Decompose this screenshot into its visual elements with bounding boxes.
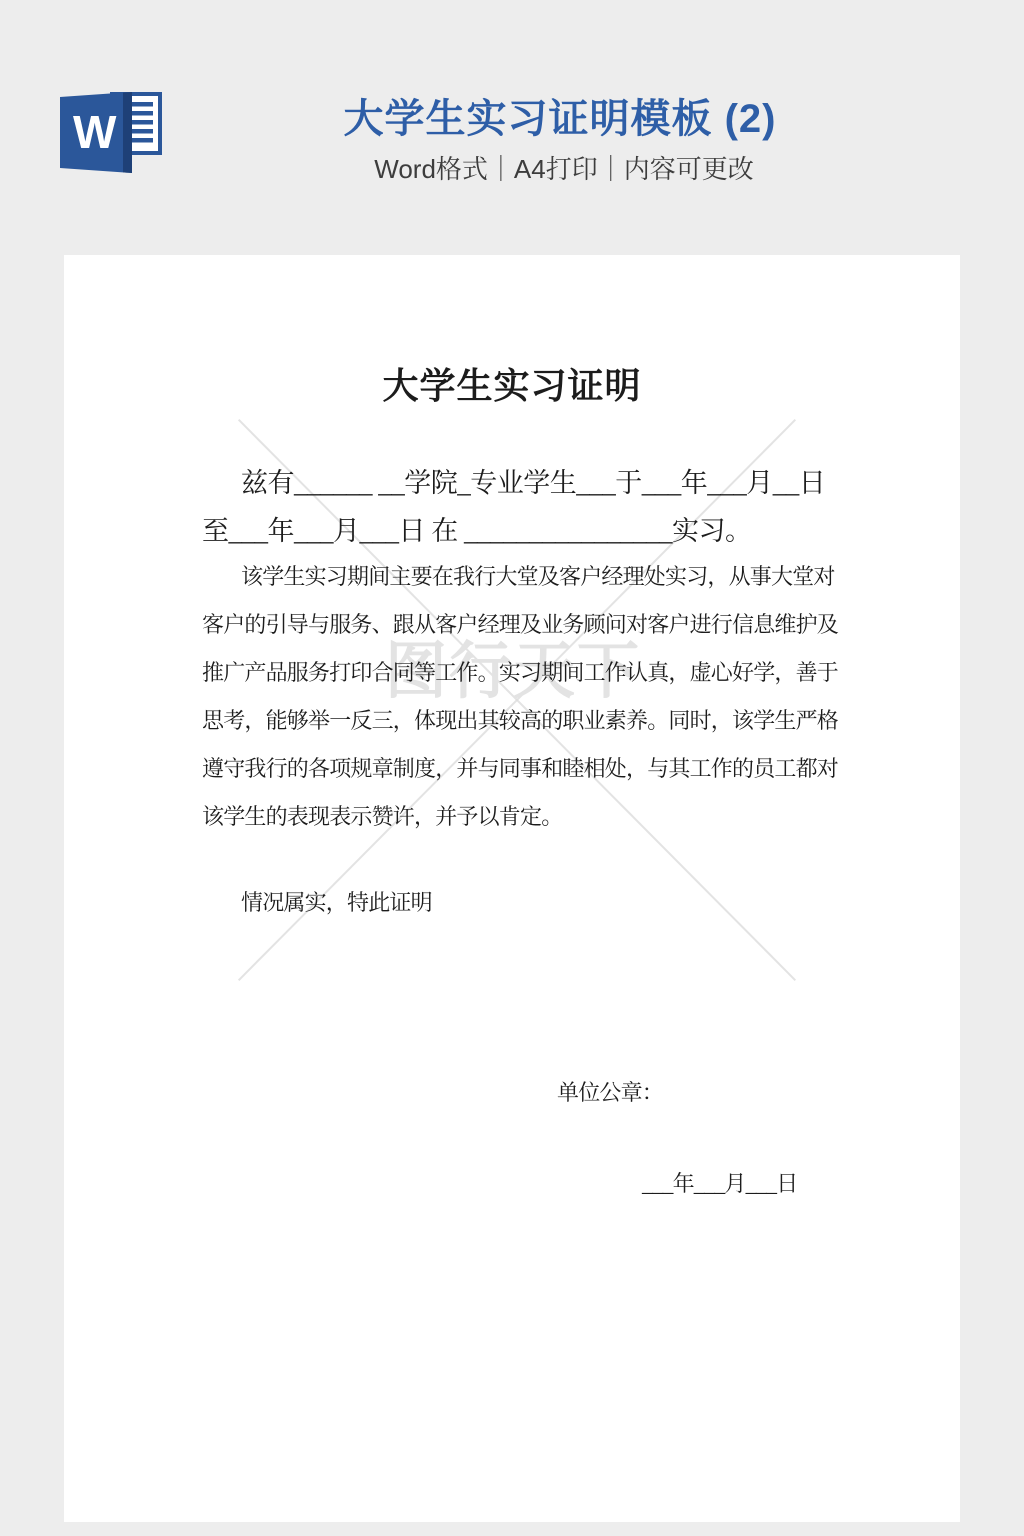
- template-preview-page: W 大学生实习证明模板 (2) Word格式｜A4打印｜内容可更改 图行天下 大…: [0, 0, 1024, 1536]
- intro-line: 兹有______ __学院_专业学生___于___年___月__日: [202, 468, 825, 500]
- page-subtitle: Word格式｜A4打印｜内容可更改: [100, 154, 1024, 184]
- page-title: 大学生实习证明模板 (2): [96, 97, 1024, 141]
- body-line: 遵守我行的各项规章制度，并与同事和睦相处，与其工作的员工都对: [202, 756, 838, 782]
- document-title: 大学生实习证明: [64, 365, 960, 407]
- date-line: ___年___月___日: [642, 1171, 797, 1197]
- document-page: 图行天下 大学生实习证明 兹有______ __学院_专业学生___于___年_…: [64, 255, 960, 1522]
- body-line: 推广产品服务打印合同等工作。实习期间工作认真，虚心好学，善于: [202, 660, 838, 686]
- stamp-label: 单位公章：: [557, 1080, 663, 1106]
- body-line: 该学生实习期间主要在我行大堂及客户经理处实习，从事大堂对: [202, 564, 835, 590]
- body-line: 该学生的表现表示赞许，并予以肯定。: [202, 804, 562, 830]
- intro-line: 至___年___月___日 在 ________________实习。: [202, 516, 752, 548]
- body-line: 客户的引导与服务、跟从客户经理及业务顾问对客户进行信息维护及: [202, 612, 838, 638]
- closing-line: 情况属实，特此证明: [202, 890, 432, 916]
- body-line: 思考，能够举一反三，体现出其较高的职业素养。同时，该学生严格: [202, 708, 838, 734]
